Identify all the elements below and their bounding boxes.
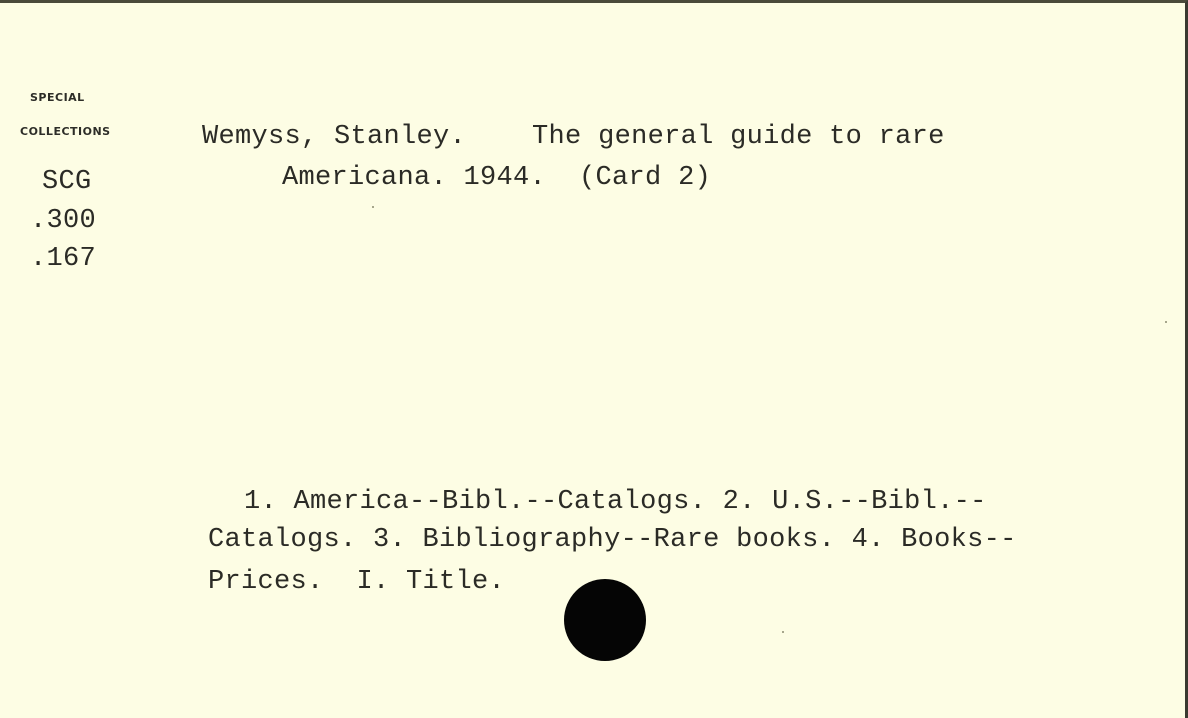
catalog-card: Special Collections SCG .300 .167 Wemyss… xyxy=(0,0,1188,718)
call-number-line-3: .167 xyxy=(30,246,96,273)
location-stamp-collections: Collections xyxy=(20,121,111,139)
paper-speck xyxy=(1165,321,1167,323)
tracings-line-3: Prices. I. Title. xyxy=(208,569,505,596)
tracings-line-2: Catalogs. 3. Bibliography--Rare books. 4… xyxy=(208,527,1017,554)
call-number-line-1: SCG xyxy=(42,169,92,196)
paper-speck xyxy=(782,631,784,633)
paper-speck xyxy=(372,206,374,208)
tracings-line-1: 1. America--Bibl.--Catalogs. 2. U.S.--Bi… xyxy=(244,489,987,516)
call-number-line-2: .300 xyxy=(30,208,96,235)
main-entry-line-1: Wemyss, Stanley. The general guide to ra… xyxy=(202,124,945,151)
punch-hole-icon xyxy=(564,579,646,661)
main-entry-line-2: Americana. 1944. (Card 2) xyxy=(282,165,711,192)
location-stamp-special: Special xyxy=(30,87,85,105)
